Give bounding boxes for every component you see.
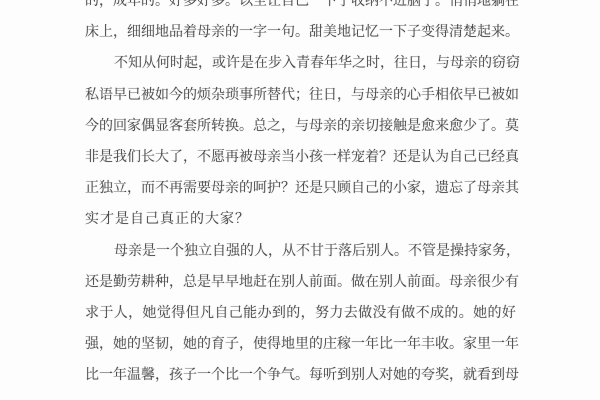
text-line: 的，成年的。好多好多。以至让自己一下子收纳不进脑子。悄悄地躺在 — [85, 0, 516, 17]
essay-text: 的，成年的。好多好多。以至让自己一下子收纳不进脑子。悄悄地躺在 床上，细细地品着… — [85, 0, 516, 391]
text-line: 正独立，而不再需要母亲的呵护？还是只顾自己的小家，遗忘了母亲其 — [85, 173, 516, 204]
text-line: 母亲是一个独立自强的人，从不甘于落后别人。不管是操持家务， — [85, 236, 516, 267]
text-line: 非是我们长大了，不愿再被母亲当小孩一样宠着？还是认为自己已经真 — [85, 142, 516, 173]
text-line: 比一年温馨，孩子一个比一个争气。每听到别人对她的夸奖，就看到母 — [85, 360, 516, 391]
text-line: 今的回家偶显客套所转换。总之，与母亲的亲切接触是愈来愈少了。莫 — [85, 111, 516, 142]
text-line: 还是勤劳耕种，总是早早地赶在别人前面。做在别人前面。母亲很少有 — [85, 267, 516, 298]
text-line: 实才是自己真正的大家？ — [85, 204, 516, 235]
text-line: 求于人，她觉得但凡自己能办到的，努力去做没有做不成的。她的好 — [85, 298, 516, 329]
text-line: 床上，细细地品着母亲的一字一句。甜美地记忆一下子变得清楚起来。 — [85, 17, 516, 48]
text-line: 强，她的坚韧，她的育子，使得地里的庄稼一年比一年丰收。家里一年 — [85, 329, 516, 360]
document-page: 的，成年的。好多好多。以至让自己一下子收纳不进脑子。悄悄地躺在 床上，细细地品着… — [0, 0, 600, 400]
text-line: 不知从何时起，或许是在步入青春年华之时，往日，与母亲的窃窃 — [85, 48, 516, 79]
text-line: 私语早已被如今的烦杂琐事所替代；往日，与母亲的心手相依早已被如 — [85, 80, 516, 111]
